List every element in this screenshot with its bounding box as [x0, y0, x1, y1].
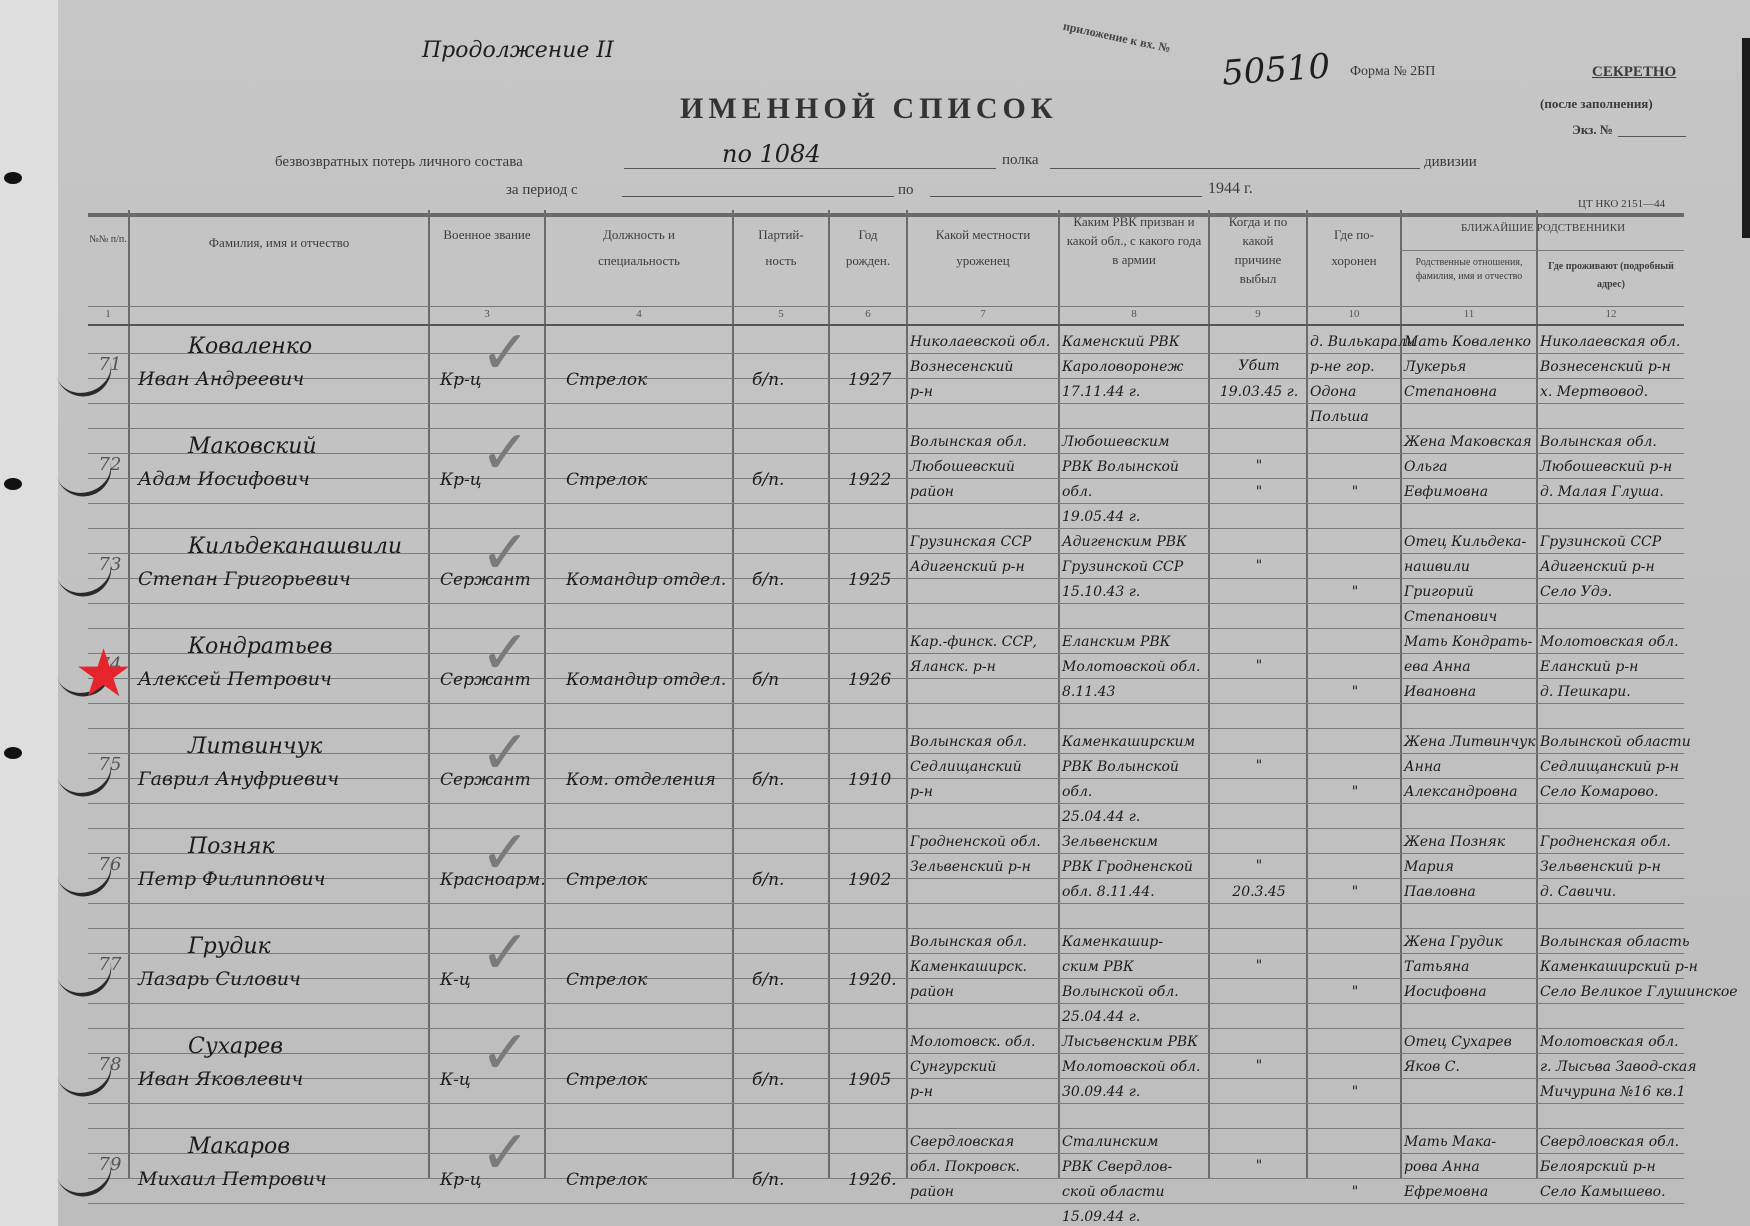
pencil-check-icon: ✓ — [480, 718, 530, 788]
draft-office: Адигенским РВК — [1062, 530, 1208, 555]
departure-reason: " — [1212, 454, 1306, 479]
draft-office: Любошевским — [1062, 430, 1208, 455]
col-number: 4 — [546, 308, 732, 320]
birthplace: Грузинская ССР — [910, 530, 1058, 555]
next-of-kin: Жена Маковская — [1404, 430, 1536, 455]
next-of-kin: Жена Позняк — [1404, 830, 1536, 855]
birthplace: Седлищанский — [910, 755, 1058, 780]
party-membership: б/п — [752, 670, 828, 690]
subtitle-prefix: безвозвратных потерь личного состава — [275, 154, 523, 171]
burial-place: " — [1310, 580, 1400, 605]
position: Стрелок — [566, 870, 732, 890]
kin-address: Село Комарово. — [1540, 780, 1684, 805]
burial-place: Польша — [1310, 405, 1400, 430]
header-col-4: Должность и специальность — [546, 222, 732, 274]
draft-office: Молотовской обл. — [1062, 1055, 1208, 1080]
position: Стрелок — [566, 370, 732, 390]
party-membership: б/п. — [752, 770, 828, 790]
col-number: 6 — [830, 308, 906, 320]
next-of-kin: Ивановна — [1404, 680, 1536, 705]
header-col-2: Фамилия, имя и отчество — [130, 230, 428, 256]
given-name-patronymic: Степан Григорьевич — [138, 568, 428, 590]
departure-reason: " — [1212, 754, 1306, 779]
departure-reason: " — [1212, 854, 1306, 879]
regiment-label: полка — [1002, 152, 1039, 169]
period-to-label: по — [898, 182, 914, 199]
pencil-check-icon: ✓ — [480, 418, 530, 488]
col-number: 9 — [1210, 308, 1306, 320]
classification-note: (после заполнения) — [1540, 96, 1653, 112]
given-name-patronymic: Адам Иосифович — [138, 468, 428, 490]
draft-office: Сталинским — [1062, 1130, 1208, 1155]
kin-address: Молотовская обл. — [1540, 630, 1684, 655]
given-name-patronymic: Иван Андреевич — [138, 368, 428, 390]
surname: Маковский — [188, 434, 428, 459]
draft-office: 25.04.44 г. — [1062, 805, 1208, 830]
party-membership: б/п. — [752, 370, 828, 390]
header-col-9: Когда и по какой причине выбыл — [1210, 212, 1306, 288]
surname: Кильдеканашвили — [188, 534, 428, 559]
kin-address: Село Великое Глушинское — [1540, 980, 1684, 1005]
rule-line — [88, 528, 1684, 529]
header-col-7: Какой местности уроженец — [908, 222, 1058, 274]
header-col-10: Где по-хоронен — [1308, 222, 1400, 274]
header-col-12: Где проживают (подробный адрес) — [1538, 258, 1684, 294]
draft-office: 25.04.44 г. — [1062, 1005, 1208, 1030]
draft-office: ским РВК — [1062, 955, 1208, 980]
burial-place: д. Вилькарали — [1310, 330, 1400, 355]
col-number: 10 — [1308, 308, 1400, 320]
next-of-kin: Яков С. — [1404, 1055, 1536, 1080]
birthplace: р-н — [910, 780, 1058, 805]
kin-address: Еланский р-н — [1540, 655, 1684, 680]
position: Стрелок — [566, 970, 732, 990]
rule-line — [88, 828, 1684, 829]
kin-address: Волынской области — [1540, 730, 1684, 755]
next-of-kin: Павловна — [1404, 880, 1536, 905]
burial-place: " — [1310, 480, 1400, 505]
pencil-check-icon: ✓ — [480, 1118, 530, 1188]
birth-year: 1922 — [848, 470, 906, 490]
col-number: 7 — [908, 308, 1058, 320]
birthplace: Сунгурский — [910, 1055, 1058, 1080]
departure-reason: " — [1212, 1054, 1306, 1079]
birthplace: Любошевский — [910, 455, 1058, 480]
birthplace: Волынская обл. — [910, 730, 1058, 755]
burial-place: р-не гор. — [1310, 355, 1400, 380]
next-of-kin: Лукерья — [1404, 355, 1536, 380]
birthplace: район — [910, 980, 1058, 1005]
draft-office: 8.11.43 — [1062, 680, 1208, 705]
position: Стрелок — [566, 1170, 732, 1190]
kin-address: д. Малая Глуша. — [1540, 480, 1684, 505]
departure-reason: 20.3.45 — [1212, 880, 1306, 905]
kin-address: Волынская обл. — [1540, 430, 1684, 455]
draft-office: Молотовской обл. — [1062, 655, 1208, 680]
period-to-line — [930, 196, 1202, 197]
kin-address: Село Удэ. — [1540, 580, 1684, 605]
page-title: ИМЕННОЙ СПИСОК — [680, 92, 1058, 126]
birth-year: 1926. — [848, 1170, 906, 1190]
burial-place: " — [1310, 680, 1400, 705]
surname: Кондратьев — [188, 634, 428, 659]
given-name-patronymic: Иван Яковлевич — [138, 1068, 428, 1090]
draft-office: РВК Гродненской — [1062, 855, 1208, 880]
birthplace: Гродненской обл. — [910, 830, 1058, 855]
draft-office: Каменкаширским — [1062, 730, 1208, 755]
birth-year: 1920. — [848, 970, 906, 990]
col-number: 5 — [734, 308, 828, 320]
kin-address: Волынская область — [1540, 930, 1684, 955]
next-of-kin: Григорий — [1404, 580, 1536, 605]
burial-place: " — [1310, 880, 1400, 905]
party-membership: б/п. — [752, 470, 828, 490]
birthplace: Николаевской обл. — [910, 330, 1058, 355]
birthplace: район — [910, 1180, 1058, 1205]
birthplace: Свердловская — [910, 1130, 1058, 1155]
col-number: 12 — [1538, 308, 1684, 320]
birthplace: Адигенский р-н — [910, 555, 1058, 580]
period-label: за период с — [506, 182, 578, 199]
header-col-5: Партий-ность — [734, 222, 828, 274]
binding-strip — [0, 0, 58, 1226]
stamp-number: 50510 — [1221, 46, 1332, 93]
punch-hole — [4, 747, 22, 759]
form-number: Форма № 2БП — [1350, 64, 1435, 80]
departure-reason: " — [1212, 654, 1306, 679]
draft-office: Лысьвенским РВК — [1062, 1030, 1208, 1055]
next-of-kin: Отец Сухарев — [1404, 1030, 1536, 1055]
draft-office: 19.05.44 г. — [1062, 505, 1208, 530]
position: Командир отдел. — [566, 570, 732, 590]
party-membership: б/п. — [752, 970, 828, 990]
pencil-check-icon: ✓ — [480, 318, 530, 388]
kin-address: Любошевский р-н — [1540, 455, 1684, 480]
surname: Сухарев — [188, 1034, 428, 1059]
pencil-check-icon: ✓ — [480, 618, 530, 688]
header-group-relatives: БЛИЖАЙШИЕ РОДСТВЕННИКИ — [1402, 210, 1684, 246]
party-membership: б/п. — [752, 1170, 828, 1190]
period-from-line — [622, 196, 894, 197]
birthplace: Молотовск. обл. — [910, 1030, 1058, 1055]
draft-office: ской области — [1062, 1180, 1208, 1205]
given-name-patronymic: Гаврил Ануфриевич — [138, 768, 428, 790]
given-name-patronymic: Петр Филиппович — [138, 868, 428, 890]
scan-edge-right — [1742, 38, 1750, 238]
draft-office: 30.09.44 г. — [1062, 1080, 1208, 1105]
surname: Макаров — [188, 1134, 428, 1159]
division-label: дивизии — [1424, 154, 1477, 171]
col-number: 1 — [88, 308, 128, 320]
surname: Позняк — [188, 834, 428, 859]
next-of-kin: Жена Литвинчук — [1404, 730, 1536, 755]
form-code: ЦТ НКО 2151—44 — [1578, 198, 1665, 210]
header-col-1: №№ п/п. — [88, 210, 128, 248]
pencil-check-icon: ✓ — [480, 818, 530, 888]
draft-office: обл. — [1062, 480, 1208, 505]
burial-place: " — [1310, 1080, 1400, 1105]
next-of-kin: Мать Коваленко — [1404, 330, 1536, 355]
kin-address: г. Лысьва Завод-ская — [1540, 1055, 1684, 1080]
departure-reason: 19.03.45 г. — [1212, 380, 1306, 405]
kin-address: Гродненская обл. — [1540, 830, 1684, 855]
kin-address: Грузинской ССР — [1540, 530, 1684, 555]
departure-reason: " — [1212, 554, 1306, 579]
draft-office: 15.10.43 г. — [1062, 580, 1208, 605]
kin-address: Белоярский р-н — [1540, 1155, 1684, 1180]
rule-line — [88, 1028, 1684, 1029]
surname: Литвинчук — [188, 734, 428, 759]
position: Ком. отделения — [566, 770, 732, 790]
next-of-kin: нашвили — [1404, 555, 1536, 580]
header-col-6: Год рожден. — [830, 222, 906, 274]
burial-place: " — [1310, 980, 1400, 1005]
next-of-kin: Степанович — [1404, 605, 1536, 630]
draft-office: РВК Свердлов- — [1062, 1155, 1208, 1180]
next-of-kin: Иосифовна — [1404, 980, 1536, 1005]
rule-line — [88, 1128, 1684, 1129]
classification-label: СЕКРЕТНО — [1592, 64, 1676, 81]
kin-address: Молотовская обл. — [1540, 1030, 1684, 1055]
departure-reason: " — [1212, 954, 1306, 979]
birth-year: 1905 — [848, 1070, 906, 1090]
handwritten-continuation: Продолжение II — [422, 38, 614, 63]
next-of-kin: рова Анна — [1404, 1155, 1536, 1180]
kin-address: д. Пешкари. — [1540, 680, 1684, 705]
copy-number-line — [1618, 136, 1686, 137]
surname: Коваленко — [188, 334, 428, 359]
birthplace: Каменкаширск. — [910, 955, 1058, 980]
birth-year: 1926 — [848, 670, 906, 690]
birthplace: Зельвенский р-н — [910, 855, 1058, 880]
kin-address: Вознесенский р-н — [1540, 355, 1684, 380]
header-col-11: Родственные отношения, фамилия, имя и от… — [1402, 256, 1536, 284]
next-of-kin: Жена Грудик — [1404, 930, 1536, 955]
next-of-kin: Ольга — [1404, 455, 1536, 480]
birthplace: район — [910, 480, 1058, 505]
kin-address: Свердловская обл. — [1540, 1130, 1684, 1155]
pencil-check-icon: ✓ — [480, 1018, 530, 1088]
draft-office: обл. — [1062, 780, 1208, 805]
next-of-kin: Степановна — [1404, 380, 1536, 405]
unit-value: по 1084 — [722, 140, 821, 168]
party-membership: б/п. — [752, 870, 828, 890]
kin-address: х. Мертвовод. — [1540, 380, 1684, 405]
party-membership: б/п. — [752, 1070, 828, 1090]
burial-place: Одона — [1310, 380, 1400, 405]
red-star-marker: ★ — [74, 641, 133, 707]
draft-office: 17.11.44 г. — [1062, 380, 1208, 405]
next-of-kin: Отец Кильдека- — [1404, 530, 1536, 555]
header-col-8: Каким РВК призван и какой обл., с какого… — [1060, 212, 1208, 269]
division-line — [1050, 168, 1420, 169]
birthplace: Волынская обл. — [910, 430, 1058, 455]
draft-office: 15.09.44 г. — [1062, 1205, 1208, 1226]
kin-address: Зельвенский р-н — [1540, 855, 1684, 880]
kin-address: Николаевская обл. — [1540, 330, 1684, 355]
copy-number-label: Экз. № — [1572, 122, 1613, 138]
birth-year: 1910 — [848, 770, 906, 790]
kin-address: Седлищанский р-н — [1540, 755, 1684, 780]
departure-reason: " — [1212, 480, 1306, 505]
burial-place: " — [1310, 780, 1400, 805]
period-year: 1944 г. — [1208, 180, 1253, 198]
rule-line — [88, 1103, 1684, 1104]
next-of-kin: Евфимовна — [1404, 480, 1536, 505]
birthplace: р-н — [910, 380, 1058, 405]
burial-place: " — [1310, 1180, 1400, 1205]
departure-reason: Убит — [1212, 354, 1306, 379]
birthplace: обл. Покровск. — [910, 1155, 1058, 1180]
given-name-patronymic: Михаил Петрович — [138, 1168, 428, 1190]
unit-line — [624, 168, 996, 169]
kin-address: д. Савичи. — [1540, 880, 1684, 905]
birthplace: Кар.-финск. ССР, — [910, 630, 1058, 655]
surname: Грудик — [188, 934, 428, 959]
punch-hole — [4, 478, 22, 490]
draft-office: Волынской обл. — [1062, 980, 1208, 1005]
birth-year: 1902 — [848, 870, 906, 890]
birthplace: Волынская обл. — [910, 930, 1058, 955]
birth-year: 1925 — [848, 570, 906, 590]
punch-hole — [4, 172, 22, 184]
draft-office: Зельвенским — [1062, 830, 1208, 855]
next-of-kin: Мать Мака- — [1404, 1130, 1536, 1155]
loss-register-table: №№ п/п. Фамилия, имя и отчество Военное … — [88, 210, 1684, 1210]
next-of-kin: Ефремовна — [1404, 1180, 1536, 1205]
col-number: 8 — [1060, 308, 1208, 320]
birth-year: 1927 — [848, 370, 906, 390]
departure-reason: " — [1212, 1154, 1306, 1179]
pencil-check-icon: ✓ — [480, 518, 530, 588]
rule-line — [88, 428, 1684, 429]
birthplace: Яланск. р-н — [910, 655, 1058, 680]
next-of-kin: Мария — [1404, 855, 1536, 880]
draft-office: обл. 8.11.44. — [1062, 880, 1208, 905]
draft-office: Каменкашир- — [1062, 930, 1208, 955]
next-of-kin: Татьяна — [1404, 955, 1536, 980]
header-col-3: Военное звание — [430, 222, 544, 248]
rule-line — [88, 728, 1684, 729]
pencil-check-icon: ✓ — [480, 918, 530, 988]
position: Командир отдел. — [566, 670, 732, 690]
kin-address: Адигенский р-н — [1540, 555, 1684, 580]
kin-address: Село Камышево. — [1540, 1180, 1684, 1205]
given-name-patronymic: Алексей Петрович — [138, 668, 428, 690]
position: Стрелок — [566, 1070, 732, 1090]
given-name-patronymic: Лазарь Силович — [138, 968, 428, 990]
position: Стрелок — [566, 470, 732, 490]
rule-line — [88, 928, 1684, 929]
draft-office: РВК Волынской — [1062, 455, 1208, 480]
next-of-kin: Александровна — [1404, 780, 1536, 805]
next-of-kin: ева Анна — [1404, 655, 1536, 680]
draft-office: Кароловоронеж — [1062, 355, 1208, 380]
draft-office: Еланским РВК — [1062, 630, 1208, 655]
next-of-kin: Анна — [1404, 755, 1536, 780]
draft-office: Каменский РВК — [1062, 330, 1208, 355]
col-number: 11 — [1402, 308, 1536, 320]
party-membership: б/п. — [752, 570, 828, 590]
kin-address: Мичурина №16 кв.1 — [1540, 1080, 1684, 1105]
draft-office: Грузинской ССР — [1062, 555, 1208, 580]
birthplace: р-н — [910, 1080, 1058, 1105]
birthplace: Вознесенский — [910, 355, 1058, 380]
kin-address: Каменкаширский р-н — [1540, 955, 1684, 980]
draft-office: РВК Волынской — [1062, 755, 1208, 780]
next-of-kin: Мать Кондрать- — [1404, 630, 1536, 655]
